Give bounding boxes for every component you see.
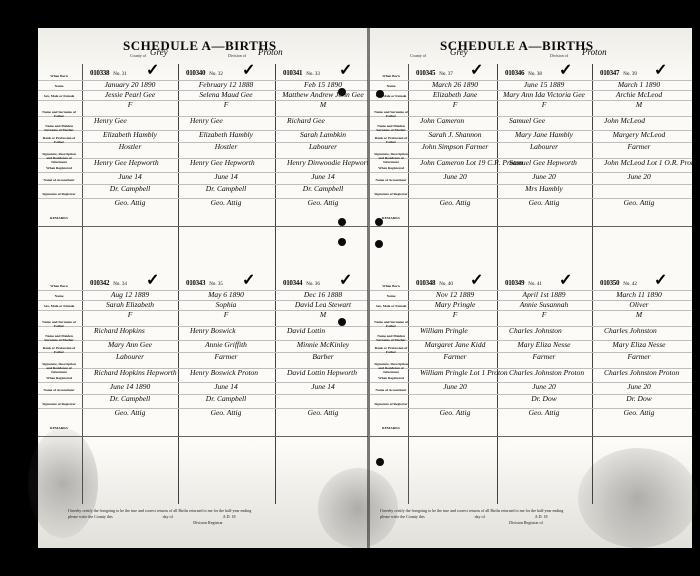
field-father: Samuel Gee [499, 116, 599, 125]
row-label: Rank or Profession of Father [374, 136, 408, 144]
field-mother: Elizabeth Hambly [180, 130, 272, 139]
row-label: Signature of Registrar [374, 192, 408, 196]
field-profession: Labourer [84, 352, 176, 361]
field-when-born: June 15 1889 [499, 80, 589, 89]
field-mother: Sarah Lambkin [277, 130, 368, 139]
field-when-registered: June 20 [594, 382, 684, 391]
field-sex: M [594, 310, 684, 319]
field-sex: M [594, 100, 684, 109]
binder-hole [338, 238, 346, 246]
row-label: When Registered [374, 376, 408, 380]
footer-signature-label: Division Registrar [68, 520, 348, 526]
field-name: Oliver [594, 300, 684, 309]
field-when-born: March 11 1890 [594, 290, 684, 299]
entry-number: No. 40 [439, 282, 453, 287]
field-registrar: Geo. Attig [410, 408, 500, 417]
registration-number: 010344 [283, 279, 302, 287]
entry-number: No. 42 [623, 282, 637, 287]
footer-day-of: day of [475, 514, 485, 520]
birth-entry: 010345No. 37✓March 26 1890Elizabeth Jane… [410, 76, 500, 226]
division-label: Division of [550, 53, 568, 58]
field-father: Henry Boswick [180, 326, 282, 335]
binder-hole [375, 240, 383, 248]
field-father: Henry Gee [180, 116, 282, 125]
block-divider [38, 436, 368, 437]
field-profession: Farmer [594, 352, 684, 361]
row-label: Name [374, 294, 408, 298]
birth-entry: 010344No. 36✓Dec 16 1888David Lea Stewar… [277, 286, 368, 436]
field-informant: Richard Hopkins Hepworth [84, 368, 186, 377]
check-mark-icon: ✓ [339, 60, 352, 80]
entry-number: No. 35 [209, 282, 223, 287]
field-when-registered: June 14 [84, 172, 176, 181]
registration-number: 010343 [186, 279, 205, 287]
birth-entry: 010341No. 33✓Feb 15 1890Matthew Andrew J… [277, 76, 368, 226]
entry-number: No. 37 [439, 72, 453, 77]
registration-number: 010341 [283, 69, 302, 77]
entry-header: 010347No. 39 [600, 68, 690, 77]
field-mother: Elizabeth Hambly [84, 130, 176, 139]
field-when-registered: June 14 1890 [84, 382, 176, 391]
binder-hole [338, 88, 346, 96]
birth-entry: 010346No. 38✓June 15 1889Mary Ann Ida Vi… [499, 76, 589, 226]
field-profession: Farmer [499, 352, 589, 361]
row-label: Name [42, 84, 76, 88]
left-page-title: SCHEDULE A—BIRTHS [123, 38, 277, 54]
paper-stain [578, 448, 698, 548]
entry-header: 010349No. 41 [505, 278, 595, 287]
field-registrar: Geo. Attig [499, 408, 589, 417]
row-label: When Registered [42, 376, 76, 380]
entry-header: 010350No. 42 [600, 278, 690, 287]
field-name: David Lea Stewart [277, 300, 368, 309]
row-label: When Registered [374, 166, 408, 170]
field-profession: Farmer [594, 142, 684, 151]
row-label: When Born [42, 74, 76, 78]
field-informant: Henry Gee Hepworth [84, 158, 186, 167]
entry-number: No. 32 [209, 72, 223, 77]
field-mother: Mary Ann Gee [84, 340, 176, 349]
field-when-registered: June 14 [277, 172, 368, 181]
registration-number: 010340 [186, 69, 205, 77]
field-name: Jessie Pearl Gee [84, 90, 176, 99]
paper-stain [28, 428, 98, 538]
row-label: Signature, Description and Residence of … [374, 152, 408, 164]
row-label: Name and Surname of Father [374, 110, 408, 118]
row-label: Signature of Registrar [42, 192, 76, 196]
field-father: John Cameron [410, 116, 510, 125]
field-when-born: Nov 12 1889 [410, 290, 500, 299]
field-father: Richard Hopkins [84, 326, 186, 335]
row-label: Name and Maiden Surname of Mother [42, 334, 76, 342]
field-accoucheur: Dr. Campbell [277, 184, 368, 193]
division-value: Proton [582, 47, 607, 57]
entry-header: 010343No. 35 [186, 278, 278, 287]
entry-number: No. 36 [306, 282, 320, 287]
check-mark-icon: ✓ [339, 270, 352, 290]
row-label: Name and Surname of Father [42, 110, 76, 118]
row-label: Name of Accoucheur [374, 388, 408, 392]
row-label: Name and Maiden Surname of Mother [42, 124, 76, 132]
field-mother: Mary Eliza Nesse [499, 340, 589, 349]
field-when-registered: June 20 [499, 382, 589, 391]
field-accoucheur: Dr. Campbell [180, 184, 272, 193]
field-sex: M [277, 100, 368, 109]
field-when-registered: June 20 [410, 172, 500, 181]
field-sex: F [180, 100, 272, 109]
field-when-born: Dec 16 1888 [277, 290, 368, 299]
field-name: Annie Susannah [499, 300, 589, 309]
field-sex: F [499, 100, 589, 109]
row-label: Name [374, 84, 408, 88]
field-registrar: Geo. Attig [499, 198, 589, 207]
check-mark-icon: ✓ [654, 60, 667, 80]
field-sex: M [277, 310, 368, 319]
field-mother: Minnie McKinley [277, 340, 368, 349]
field-mother: Annie Griffith [180, 340, 272, 349]
row-label: Name of Accoucheur [42, 388, 76, 392]
row-label: Name and Maiden Surname of Mother [374, 124, 408, 132]
row-label: Signature, Description and Residence of … [42, 152, 76, 164]
row-label: Signature of Registrar [42, 402, 76, 406]
row-label: Sex, Male or Female [374, 304, 408, 308]
registration-number: 010345 [416, 69, 435, 77]
registration-number: 010349 [505, 279, 524, 287]
check-mark-icon: ✓ [146, 270, 159, 290]
registration-number: 010350 [600, 279, 619, 287]
birth-entry: 010350No. 42✓March 11 1890OliverMCharles… [594, 286, 684, 436]
row-label: Name and Maiden Surname of Mother [374, 334, 408, 342]
field-accoucheur: Dr. Dow [594, 394, 684, 403]
remarks-label: REMARKS [374, 426, 408, 430]
field-name: Sophia [180, 300, 272, 309]
entry-number: No. 41 [528, 282, 542, 287]
field-father: David Lottin [277, 326, 368, 335]
check-mark-icon: ✓ [146, 60, 159, 80]
field-registrar: Geo. Attig [180, 198, 272, 207]
check-mark-icon: ✓ [242, 60, 255, 80]
entry-header: 010345No. 37 [416, 68, 506, 77]
field-sex: F [84, 100, 176, 109]
check-mark-icon: ✓ [559, 270, 572, 290]
check-mark-icon: ✓ [654, 270, 667, 290]
field-mother: Margery McLeod [594, 130, 684, 139]
field-accoucheur: Dr. Dow [499, 394, 589, 403]
field-registrar: Geo. Attig [277, 408, 368, 417]
field-accoucheur: Mrs Hambly [499, 184, 589, 193]
paper-stain [318, 468, 398, 548]
field-when-born: Feb 15 1890 [277, 80, 368, 89]
footer-day-of: day of [163, 514, 173, 520]
birth-entry: 010340No. 32✓February 12 1888Selena Maud… [180, 76, 272, 226]
binder-hole [338, 318, 346, 326]
field-profession: Labourer [499, 142, 589, 151]
field-registrar: Geo. Attig [410, 198, 500, 207]
birth-entry: 010348No. 40✓Nov 12 1889Mary PringleFWil… [410, 286, 500, 436]
field-profession: Hostler [84, 142, 176, 151]
entry-header: 010338No. 31 [90, 68, 182, 77]
birth-entry: 010338No. 31✓January 20 1890Jessie Pearl… [84, 76, 176, 226]
field-profession: Farmer [180, 352, 272, 361]
row-label: When Born [374, 74, 408, 78]
entry-header: 010344No. 36 [283, 278, 368, 287]
division-value: Proton [258, 47, 283, 57]
field-father: William Pringle [410, 326, 510, 335]
row-label: Signature, Description and Residence of … [374, 362, 408, 374]
registration-number: 010346 [505, 69, 524, 77]
entry-number: No. 33 [306, 72, 320, 77]
registration-number: 010342 [90, 279, 109, 287]
field-when-registered: June 14 [180, 382, 272, 391]
field-mother: Sarah J. Shannon [410, 130, 500, 139]
field-registrar: Geo. Attig [84, 198, 176, 207]
binder-hole [376, 458, 384, 466]
field-mother: Margaret Jane Kidd [410, 340, 500, 349]
entry-header: 010346No. 38 [505, 68, 595, 77]
birth-entry: 010347No. 39✓March 1 1890Archie McLeodMJ… [594, 76, 684, 226]
row-label: Name of Accoucheur [42, 178, 76, 182]
left-footer: I hereby certify the foregoing to be the… [68, 508, 348, 526]
field-when-born: May 6 1890 [180, 290, 272, 299]
registration-number: 010348 [416, 279, 435, 287]
field-name: Selena Maud Gee [180, 90, 272, 99]
birth-entry: 010349No. 41✓April 1st 1889Annie Susanna… [499, 286, 589, 436]
row-label: When Born [374, 284, 408, 288]
field-father: John McLeod [594, 116, 692, 125]
row-label: Rank or Profession of Father [374, 346, 408, 354]
check-mark-icon: ✓ [470, 270, 483, 290]
field-accoucheur: Dr. Campbell [84, 184, 176, 193]
field-when-registered: June 20 [499, 172, 589, 181]
county-value: Grey [450, 47, 468, 57]
row-label: Rank or Profession of Father [42, 346, 76, 354]
row-label: Rank or Profession of Father [42, 136, 76, 144]
field-registrar: Geo. Attig [594, 198, 684, 207]
field-name: Sarah Elizabeth [84, 300, 176, 309]
field-sex: F [410, 100, 500, 109]
field-when-born: March 26 1890 [410, 80, 500, 89]
register-scan: SCHEDULE A—BIRTHS County of Grey Divisio… [38, 28, 692, 548]
field-informant: Henry Dinwoodie Hepworth [277, 158, 368, 167]
field-when-born: March 1 1890 [594, 80, 684, 89]
field-informant: John McLeod Lot 1 O.R. Proton [594, 158, 692, 167]
field-father: Henry Gee [84, 116, 186, 125]
footer-ad: A.D. 18 [223, 514, 236, 520]
field-when-born: April 1st 1889 [499, 290, 589, 299]
binder-hole [376, 90, 384, 98]
block-divider [370, 436, 692, 437]
field-sex: F [84, 310, 176, 319]
field-father: Charles Johnston [594, 326, 692, 335]
field-informant: David Lottin Hepworth [277, 368, 368, 377]
field-name: Matthew Andrew John Gee [277, 90, 368, 99]
birth-entry: 010342No. 34✓Aug 12 1889Sarah ElizabethF… [84, 286, 176, 436]
entry-header: 010340No. 32 [186, 68, 278, 77]
row-label: Signature, Description and Residence of … [42, 362, 76, 374]
field-registrar: Geo. Attig [84, 408, 176, 417]
field-informant: Samuel Gee Hepworth [499, 158, 599, 167]
field-when-registered: June 14 [277, 382, 368, 391]
check-mark-icon: ✓ [559, 60, 572, 80]
check-mark-icon: ✓ [470, 60, 483, 80]
registration-number: 010347 [600, 69, 619, 77]
row-label: When Registered [42, 166, 76, 170]
county-value: Grey [150, 47, 168, 57]
field-registrar: Geo. Attig [180, 408, 272, 417]
field-name: Archie McLeod [594, 90, 684, 99]
remarks-label: REMARKS [42, 216, 76, 220]
field-when-registered: June 20 [410, 382, 500, 391]
binder-hole [375, 218, 383, 226]
block-divider [370, 226, 692, 227]
field-when-born: Aug 12 1889 [84, 290, 176, 299]
field-registrar: Geo. Attig [594, 408, 684, 417]
row-label: Name of Accoucheur [374, 178, 408, 182]
check-mark-icon: ✓ [242, 270, 255, 290]
entry-number: No. 31 [113, 72, 127, 77]
birth-entry: 010343No. 35✓May 6 1890SophiaFHenry Bosw… [180, 286, 272, 436]
field-profession: John Simpson Farmer [410, 142, 500, 151]
field-profession: Barber [277, 352, 368, 361]
row-label: Name and Surname of Father [42, 320, 76, 328]
field-when-born: January 20 1890 [84, 80, 176, 89]
field-father: Charles Johnston [499, 326, 599, 335]
field-accoucheur: Dr. Campbell [180, 394, 272, 403]
field-when-registered: June 14 [180, 172, 272, 181]
county-label: County of [410, 53, 426, 58]
entry-header: 010341No. 33 [283, 68, 368, 77]
field-profession: Labourer [277, 142, 368, 151]
entry-number: No. 39 [623, 72, 637, 77]
entry-header: 010348No. 40 [416, 278, 506, 287]
row-label: When Born [42, 284, 76, 288]
row-label: Sex, Male or Female [42, 304, 76, 308]
field-informant: Charles Johnston Proton [499, 368, 599, 377]
field-informant: John Cameron Lot 19 C.R. Proton [410, 158, 510, 167]
row-label: Signature of Registrar [374, 402, 408, 406]
county-label: County of [130, 53, 146, 58]
row-label: Name [42, 294, 76, 298]
field-when-born: February 12 1888 [180, 80, 272, 89]
entry-number: No. 38 [528, 72, 542, 77]
registration-number: 010338 [90, 69, 109, 77]
field-registrar: Geo. Attig [277, 198, 368, 207]
block-divider [38, 226, 368, 227]
field-informant: Henry Gee Hepworth [180, 158, 282, 167]
field-father: Richard Gee [277, 116, 368, 125]
row-label: Sex, Male or Female [42, 94, 76, 98]
field-profession: Hostler [180, 142, 272, 151]
entry-header: 010342No. 34 [90, 278, 182, 287]
field-mother: Mary Jane Hambly [499, 130, 589, 139]
field-sex: F [180, 310, 272, 319]
division-label: Division of [228, 53, 246, 58]
field-mother: Mary Eliza Nesse [594, 340, 684, 349]
field-profession: Farmer [410, 352, 500, 361]
field-name: Mary Pringle [410, 300, 500, 309]
binder-hole [338, 218, 346, 226]
entry-number: No. 34 [113, 282, 127, 287]
field-accoucheur: Dr. Campbell [84, 394, 176, 403]
field-name: Elizabeth Jane [410, 90, 500, 99]
field-name: Mary Ann Ida Victoria Gee [499, 90, 589, 99]
field-informant: William Pringle Lot 1 Proton [410, 368, 510, 377]
field-sex: F [410, 310, 500, 319]
field-when-registered: June 20 [594, 172, 684, 181]
field-informant: Henry Boswick Proton [180, 368, 282, 377]
field-informant: Charles Johnston Proton [594, 368, 692, 377]
field-sex: F [499, 310, 589, 319]
row-label: Name and Surname of Father [374, 320, 408, 328]
